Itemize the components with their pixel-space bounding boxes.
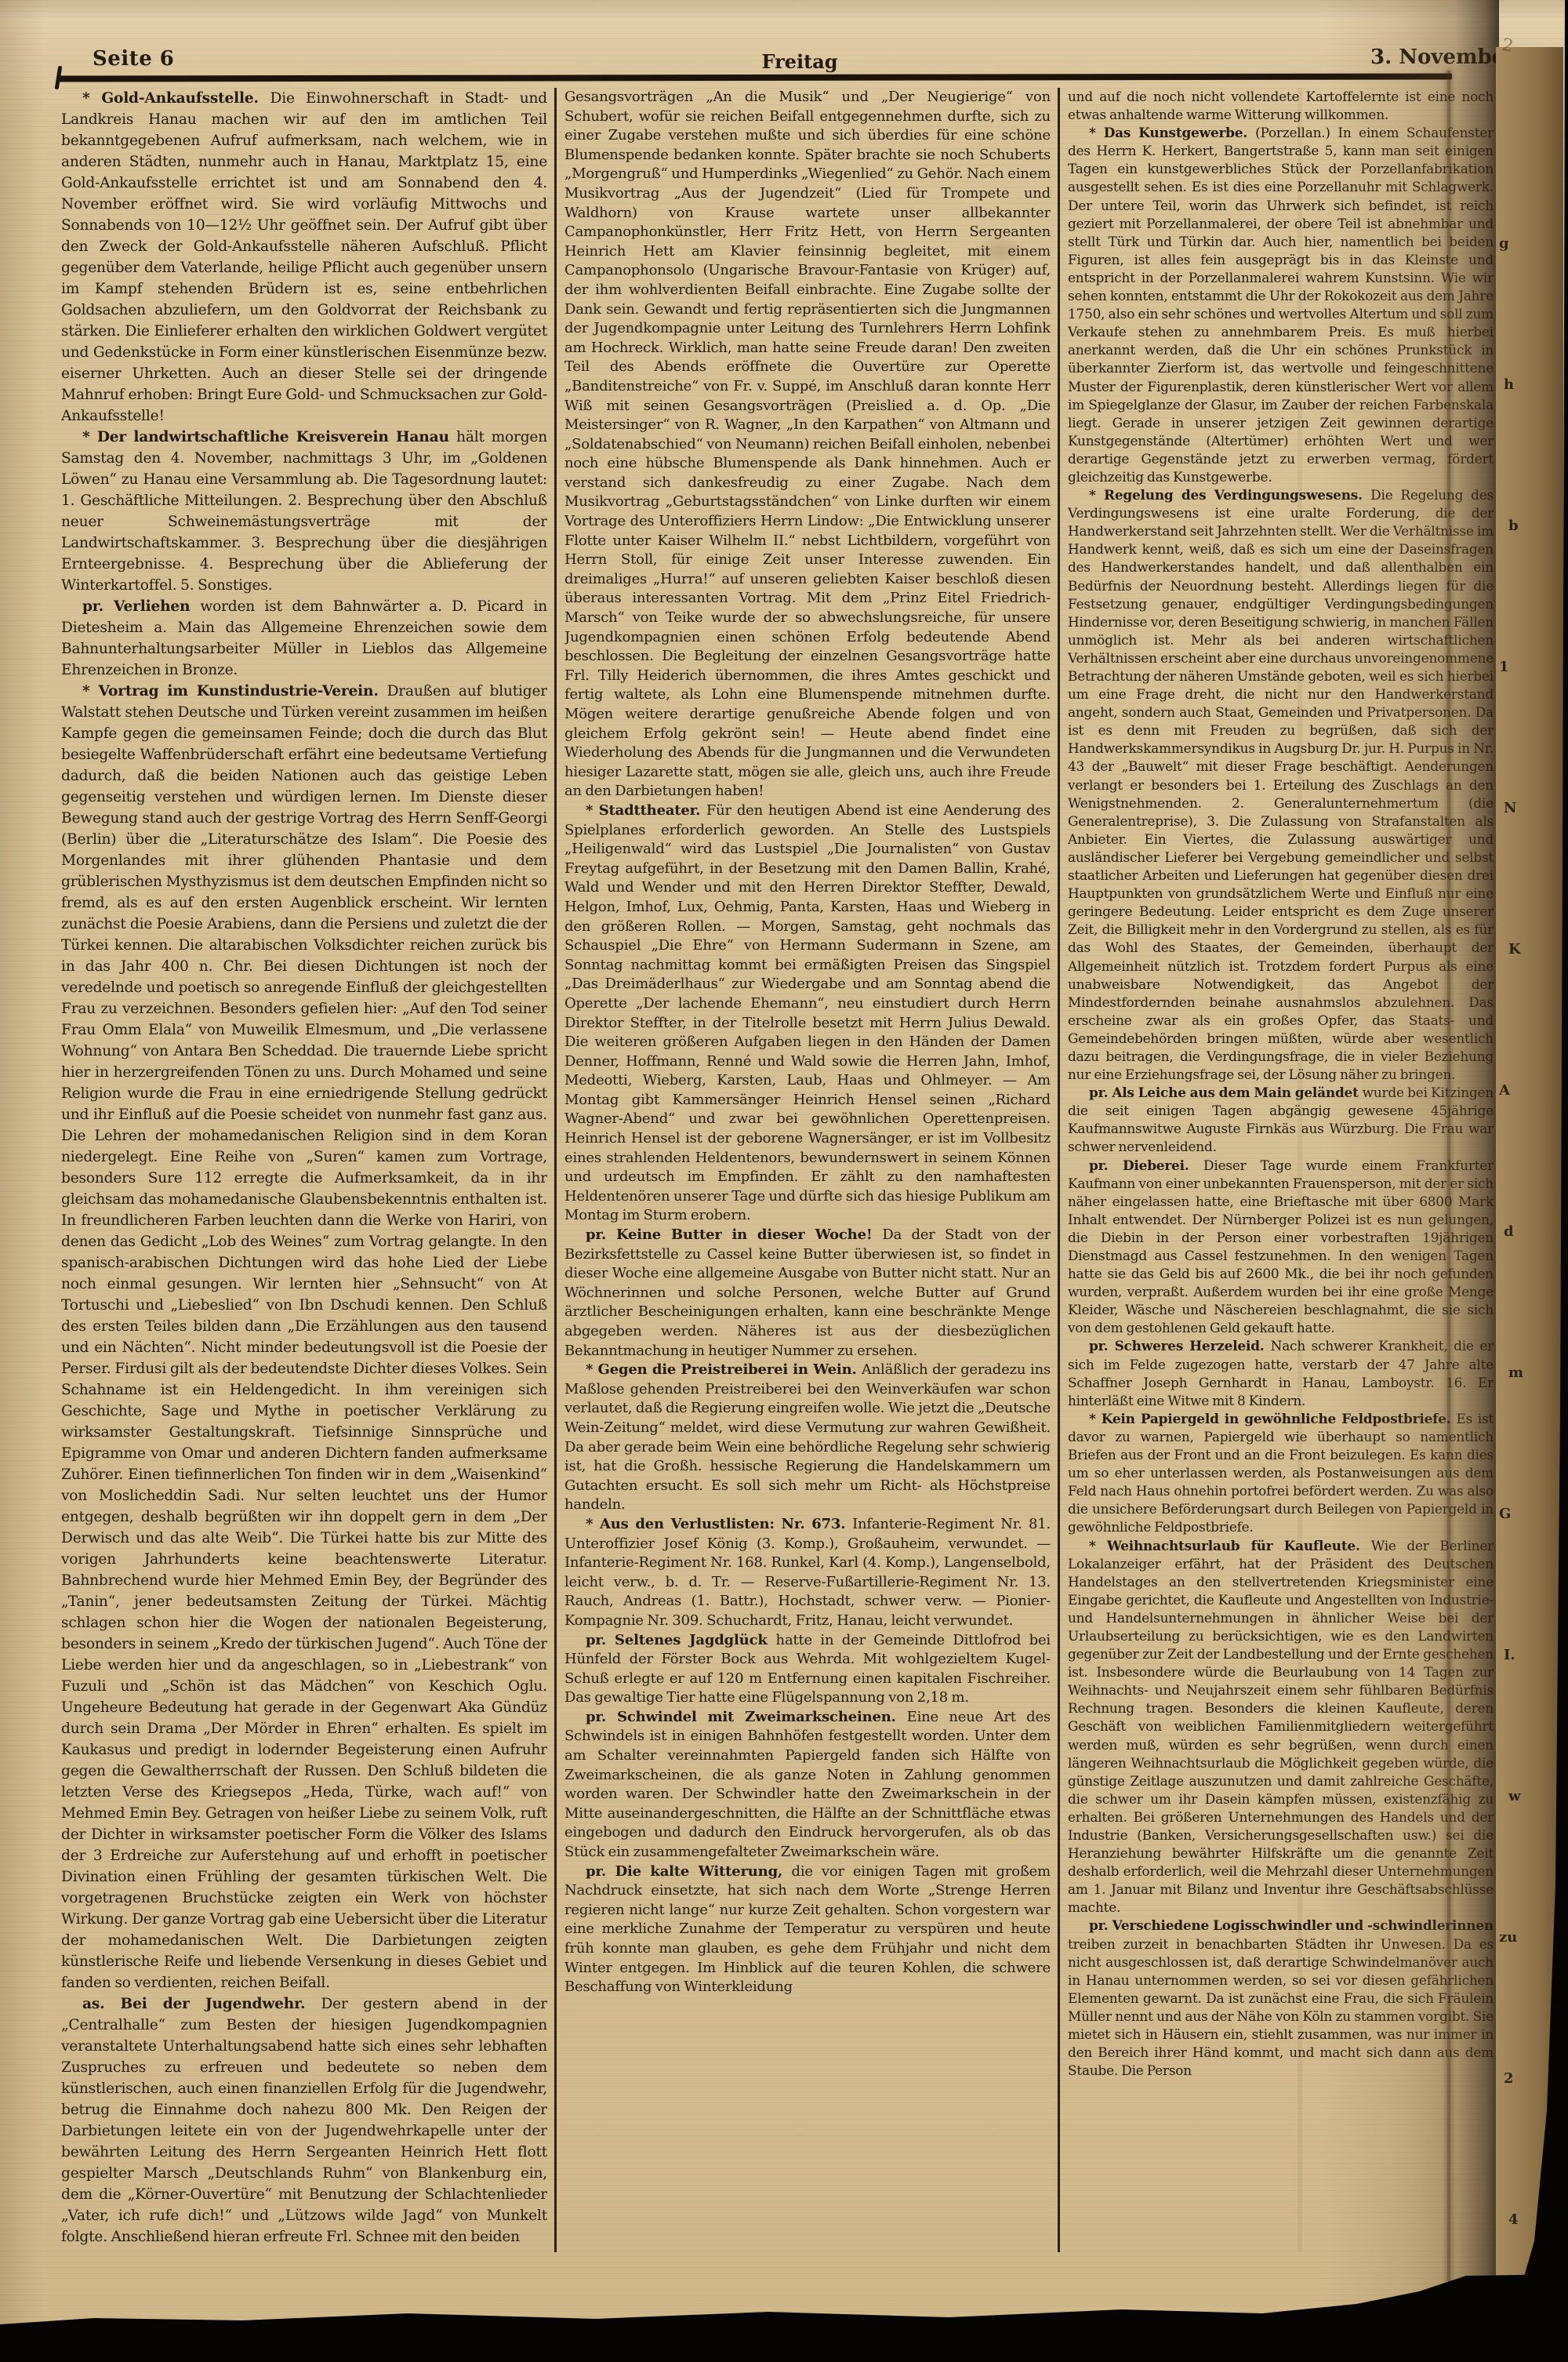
article-headline: Weihnachtsurlaub für Kaufleute. (1107, 1538, 1371, 1553)
article-headline: Stadttheater. (599, 802, 706, 819)
article-paragraph: pr. Verliehen worden ist dem Bahnwärter … (61, 596, 547, 681)
column-3: und auf die noch nicht vollendete Kartof… (1068, 88, 1494, 2257)
paragraph-prefix: * (586, 802, 599, 819)
adjacent-page-text-fragment: m (1508, 1365, 1532, 1381)
article-headline: Der landwirtschaftliche Kreisverein Hana… (97, 429, 456, 445)
article-paragraph: * Gegen die Preistreiberei in Wein. Anlä… (564, 1361, 1051, 1515)
adjacent-page-text-fragment: 2 (1504, 2070, 1527, 2087)
weekday-label: Freitag (761, 50, 837, 73)
left-edge-shadow (0, 0, 43, 2362)
paragraph-prefix: as. (82, 1996, 121, 2012)
paragraph-prefix: * (1089, 1411, 1102, 1426)
adjacent-page-text-fragment: 1 (1499, 659, 1523, 675)
paragraph-prefix: pr. (1089, 1157, 1123, 1173)
article-paragraph: * Regelung des Verdingungswesens. Die Re… (1068, 486, 1494, 1084)
paragraph-prefix: pr. (586, 1709, 617, 1725)
adjacent-page-text-fragment: g (1499, 235, 1523, 252)
article-headline: Aus den Verlustlisten: Nr. 673. (600, 1516, 852, 1532)
adjacent-page-text-fragment: zu (1499, 1929, 1523, 1946)
article-paragraph: pr. Schwindel mit Zweimarkscheinen. Eine… (564, 1708, 1051, 1862)
column-separator-rule (1058, 88, 1060, 2252)
paragraph-prefix: * (82, 90, 101, 107)
article-headline: Gold-Ankaufsstelle. (101, 90, 270, 107)
scan-bottom-black-edge (0, 2274, 1568, 2362)
article-headline: Verliehen (114, 598, 200, 615)
paragraph-prefix: pr. (82, 598, 114, 615)
article-headline: Bei der Jugendwehr. (121, 1996, 321, 2012)
article-headline: Schwindel mit Zweimarkscheinen. (617, 1709, 907, 1725)
adjacent-page-text-fragment: I. (1504, 1647, 1527, 1663)
article-paragraph: * Aus den Verlustlisten: Nr. 673. Infant… (564, 1515, 1051, 1631)
article-paragraph: Gesangsvorträgen „An die Musik“ und „Der… (564, 88, 1051, 801)
article-paragraph: * Vortrag im Kunstindustrie-Verein. Drau… (61, 681, 547, 1993)
paragraph-prefix: * (82, 683, 99, 700)
adjacent-page-text-fragment: h (1504, 376, 1527, 393)
article-paragraph: * Der landwirtschaftliche Kreisverein Ha… (61, 427, 547, 596)
article-paragraph: pr. Seltenes Jagdglück hatte in der Geme… (564, 1631, 1051, 1708)
article-paragraph: pr. Dieberei. Dieser Tage wurde einem Fr… (1068, 1157, 1494, 1338)
article-headline: Gegen die Preistreiberei in Wein. (598, 1361, 862, 1378)
adjacent-page-text-fragment: b (1508, 518, 1532, 534)
paragraph-prefix: * (1089, 125, 1104, 140)
article-paragraph: * Stadttheater. Für den heutigen Abend i… (564, 801, 1051, 1226)
article-headline: Als Leiche aus dem Main geländet (1112, 1085, 1362, 1100)
article-paragraph: pr. Verschiedene Logisschwindler und -sc… (1068, 1917, 1494, 2080)
paragraph-prefix: * (586, 1361, 598, 1378)
column-1: * Gold-Ankaufsstelle. Die Einwohnerschaf… (61, 88, 547, 2257)
paragraph-prefix: pr. (1089, 1085, 1112, 1100)
paragraph-prefix: pr. (586, 1863, 615, 1880)
article-headline: Seltenes Jagdglück (615, 1632, 776, 1648)
article-paragraph: * Kein Papiergeld in gewöhnliche Feldpos… (1068, 1410, 1494, 1537)
article-headline: Vortrag im Kunstindustrie-Verein. (99, 683, 387, 700)
newspaper-page: Seite 6 Freitag 3. November * Gold-Ankau… (0, 0, 1568, 2362)
paragraph-prefix: * (1089, 1538, 1107, 1553)
article-paragraph: und auf die noch nicht vollendete Kartof… (1068, 88, 1494, 124)
article-headline: Schweres Herzeleid. (1115, 1338, 1271, 1354)
article-headline: Das Kunstgewerbe. (1104, 125, 1255, 140)
paragraph-prefix: pr. (586, 1632, 615, 1648)
column-2: Gesangsvorträgen „An die Musik“ und „Der… (564, 88, 1051, 2257)
article-headline: Keine Butter in dieser Woche! (616, 1226, 882, 1243)
date-label: 3. November (1370, 45, 1515, 69)
column-separator-rule (554, 88, 557, 2252)
paragraph-prefix: pr. (586, 1226, 616, 1243)
article-paragraph: * Das Kunstgewerbe. (Porzellan.) In eine… (1068, 124, 1494, 486)
adjacent-page-text-fragment: d (1504, 1223, 1527, 1240)
adjacent-page-text-fragment: A (1499, 1082, 1523, 1099)
adjacent-page-text-fragment: N (1504, 800, 1527, 816)
paragraph-prefix: * (1089, 487, 1104, 503)
article-paragraph: pr. Keine Butter in dieser Woche! Da der… (564, 1226, 1051, 1361)
adjacent-page-text-fragment: w (1508, 1788, 1532, 1804)
paragraph-prefix: pr. (1089, 1917, 1112, 1933)
article-paragraph: as. Bei der Jugendwehr. Der gestern aben… (61, 1993, 547, 2248)
article-paragraph: * Gold-Ankaufsstelle. Die Einwohnerschaf… (61, 88, 547, 427)
article-headline: Dieberei. (1123, 1157, 1203, 1173)
adjacent-page-text-fragment: 4 (1508, 2211, 1532, 2228)
article-paragraph: pr. Als Leiche aus dem Main geländet wur… (1068, 1084, 1494, 1156)
paragraph-prefix: * (586, 1516, 600, 1532)
page-number: Seite 6 (93, 47, 174, 71)
paragraph-prefix: * (82, 429, 97, 445)
paragraph-prefix: pr. (1089, 1338, 1115, 1354)
adjacent-page-text-fragment: K (1508, 941, 1532, 958)
article-headline: Regelung des Verdingungswesens. (1104, 487, 1370, 503)
article-headline: Verschiedene Logisschwindler und -schwin… (1112, 1917, 1494, 1933)
article-headline: Kein Papiergeld in gewöhnliche Feldpostb… (1102, 1411, 1457, 1426)
article-headline: Die kalte Witterung, (615, 1863, 792, 1880)
page-crease (1447, 71, 1450, 2290)
article-paragraph: * Weihnachtsurlaub für Kaufleute. Wie de… (1068, 1537, 1494, 1917)
article-paragraph: pr. Schweres Herzeleid. Nach schwerer Kr… (1068, 1337, 1494, 1409)
article-paragraph: pr. Die kalte Witterung, die vor einigen… (564, 1862, 1051, 1997)
adjacent-page-text-fragment: G (1499, 1506, 1523, 1522)
